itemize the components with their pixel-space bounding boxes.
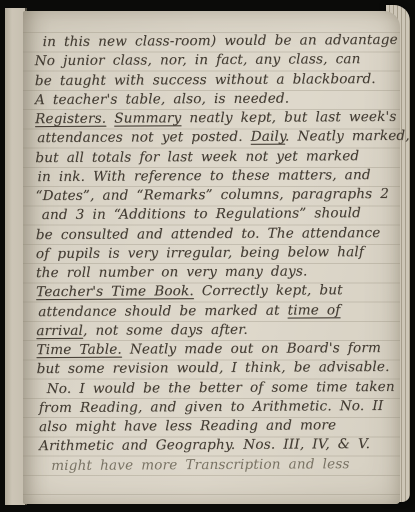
text-segment: be consulted and attended to. The attend… [36, 224, 381, 242]
manuscript-line: Registers. Summary neatly kept, but last… [35, 108, 396, 129]
manuscript-line: might have more Transcription and less [51, 455, 350, 476]
text-segment [106, 111, 114, 127]
text-segment: attendance should be marked at [38, 302, 287, 320]
text-segment: “Dates”, and “Remarks” columns, paragrap… [36, 186, 390, 204]
underlined-text: Daily [251, 129, 285, 145]
manuscript-line: but all totals for last week not yet mar… [35, 147, 359, 168]
manuscript-line: Arithmetic and Geography. Nos. III, IV, … [39, 435, 370, 456]
underlined-text: Time Table. [36, 342, 121, 359]
text-segment: attendances not yet posted. [37, 129, 251, 146]
text-segment: the roll number on very many days. [36, 263, 307, 281]
text-segment: Correctly kept, but [194, 282, 343, 299]
text-segment: might have more Transcription and less [51, 456, 349, 474]
text-segment: be taught with success without a blackbo… [35, 71, 376, 89]
manuscript-line: also might have less Reading and more [39, 416, 336, 437]
manuscript-line: Teacher's Time Book. Correctly kept, but [36, 281, 343, 302]
manuscript-line: in this new class-room) would be an adva… [43, 31, 398, 52]
manuscript-line: of pupils is very irregular, being below… [36, 243, 364, 264]
text-segment: in ink. With reference to these matters,… [37, 167, 370, 185]
text-segment: in this new class-room) would be an adva… [43, 32, 398, 50]
text-segment: Neatly made out on Board's form [122, 340, 381, 358]
notebook-page: in this new class-room) would be an adva… [23, 11, 400, 504]
text-segment: but all totals for last week not yet mar… [35, 148, 359, 166]
manuscript-line: be consulted and attended to. The attend… [36, 223, 381, 244]
manuscript-line: A teacher's table, also, is needed. [35, 89, 289, 110]
manuscript-line: from Reading, and given to Arithmetic. N… [39, 397, 384, 418]
text-segment: Arithmetic and Geography. Nos. III, IV, … [39, 436, 370, 454]
underlined-text: time of [288, 302, 341, 318]
handwritten-text: in this new class-room) would be an adva… [35, 31, 396, 505]
text-segment: No. I would be the better of some time t… [47, 378, 395, 396]
text-segment: No junior class, nor, in fact, any class… [35, 51, 361, 69]
manuscript-line: “Dates”, and “Remarks” columns, paragrap… [36, 185, 390, 206]
text-segment: from Reading, and given to Arithmetic. N… [39, 398, 384, 416]
underlined-text: Teacher's Time Book. [36, 283, 194, 300]
underlined-text: Summary [114, 110, 181, 126]
manuscript-line: attendance should be marked at time of [38, 301, 340, 322]
underlined-text: Registers. [35, 111, 106, 127]
text-segment: neatly kept, but last week's [181, 109, 396, 126]
manuscript-line: arrival, not some days after. [36, 321, 248, 341]
text-segment: also might have less Reading and more [39, 417, 336, 435]
manuscript-line: Time Table. Neatly made out on Board's f… [36, 339, 381, 360]
manuscript-line: the roll number on very many days. [36, 262, 307, 283]
manuscript-line: in ink. With reference to these matters,… [37, 166, 370, 187]
underlined-text: arrival [36, 323, 83, 339]
text-segment: of pupils is very irregular, being below… [36, 244, 364, 262]
text-segment: A teacher's table, also, is needed. [35, 90, 289, 108]
manuscript-line: be taught with success without a blackbo… [35, 70, 376, 91]
manuscript-line: No. I would be the better of some time t… [47, 377, 395, 398]
text-segment: and 3 in “Additions to Regulations” shou… [42, 205, 361, 223]
manuscript-line: and 3 in “Additions to Regulations” shou… [42, 204, 361, 225]
manuscript-line: No junior class, nor, in fact, any class… [35, 50, 361, 71]
text-segment: , not some days after. [83, 322, 248, 339]
photo-background: in this new class-room) would be an adva… [0, 0, 415, 512]
manuscript-line: but some revision would, I think, be adv… [37, 358, 390, 379]
manuscript-line: attendances not yet posted. Daily. Neatl… [37, 127, 410, 148]
text-segment: . Neatly marked, [285, 128, 410, 145]
text-segment: but some revision would, I think, be adv… [37, 359, 390, 377]
